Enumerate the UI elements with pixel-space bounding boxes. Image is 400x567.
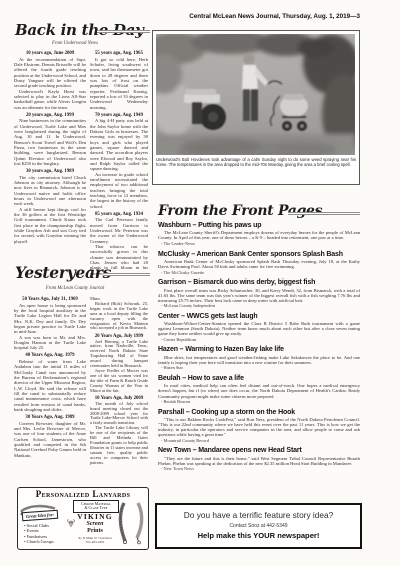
ad-bullet-list: • Social Clubs • Events • Fundraisers • … bbox=[24, 523, 54, 545]
back-in-the-day-column-1: 10 years ago, June 2009 At the recommend… bbox=[14, 51, 86, 244]
weed-spraying-photo bbox=[156, 34, 355, 155]
front-pages-item: Parshall – Cooking up a storm on the Hoo… bbox=[158, 409, 360, 443]
paragraph: It got so cold here, Herb Schafer, livin… bbox=[90, 57, 148, 110]
ad-title: Personalized Lanyards bbox=[20, 490, 146, 499]
item-source: - McLean County Independent bbox=[161, 303, 360, 308]
ad-phone: 701-463-2201 bbox=[70, 541, 120, 545]
paragraph: Nine businesses in the communities of Un… bbox=[14, 118, 86, 166]
era-heading: 30 years ago, Aug. 1989 bbox=[14, 169, 86, 174]
item-headline: McClusky – American Bank Center sponsors… bbox=[158, 251, 360, 258]
paragraph: The Turtle Lake Library will be one of t… bbox=[90, 426, 148, 465]
paragraph: Joel Heering, a Turtle Lake native, from… bbox=[90, 340, 148, 369]
paragraph: The month of July school board meeting c… bbox=[90, 402, 148, 427]
ad-badge: Choose Material & Clasp Type bbox=[73, 500, 119, 513]
ad-body: Great Idea for: • Social Clubs • Events … bbox=[20, 499, 146, 546]
paragraph: Richard (Rick) Schwark, 25, began work i… bbox=[90, 302, 148, 331]
ad-badge-line: & Clasp Type bbox=[74, 506, 118, 510]
paragraph: A son was born to Mr. and Mrs. Douglas H… bbox=[14, 335, 86, 351]
paragraph: A stiff breeze kept things cool for the … bbox=[14, 207, 86, 244]
front-pages-item: Hazen – Warming to Hazen Bay lake life B… bbox=[158, 346, 360, 370]
yesteryears-subtitle: From McLean County Journal bbox=[25, 286, 125, 291]
item-source: - The McClusky Gazette bbox=[161, 270, 360, 275]
paragraph: A big 4-H party was held at the John Say… bbox=[90, 118, 148, 171]
ad-brand-name: VIKING bbox=[73, 513, 117, 521]
paragraph: Joyce Fiedler of Mercer was one of the s… bbox=[90, 369, 148, 394]
item-body: First place overall team was Ricky Schum… bbox=[158, 288, 360, 303]
item-headline: Washburn – Putting his paws up bbox=[158, 222, 360, 229]
story-box-slogan: Help make this YOUR newspaper! bbox=[157, 531, 360, 540]
newspaper-page: Central McLean News Journal, Thursday, A… bbox=[0, 0, 400, 567]
ad-address-block: 91 N Main St • Garrison 701-463-2201 bbox=[70, 537, 120, 545]
section-rule bbox=[103, 273, 150, 276]
photo-frame: Underwood's Bob Hovdenes took advantage … bbox=[152, 30, 360, 185]
paragraph: Release of water from Lake Audubon into … bbox=[14, 359, 86, 412]
item-source: - Beulah Beacon bbox=[161, 399, 360, 404]
story-box-question: Do you have a terrific feature story ide… bbox=[157, 510, 360, 520]
paragraph: The city commission hired Chuck Johnson … bbox=[14, 175, 86, 207]
paragraph: An open house is being sponsored by the … bbox=[14, 303, 86, 335]
paragraph: Underwood's Kayla Horst was selected to … bbox=[14, 89, 86, 110]
item-body: "This is our Bakken Rocks CookFest," sai… bbox=[158, 417, 360, 437]
front-pages-item: Center – WWCS gets last laugh Washburn-W… bbox=[158, 313, 360, 342]
era-heading: 70 years ago, Aug. 1949 bbox=[90, 113, 148, 118]
item-source: - Mountrail County Record bbox=[161, 438, 360, 443]
paragraph: Correen Brewster, daughter of Mr. and Mr… bbox=[14, 421, 86, 458]
front-pages-item: Washburn – Putting his paws up The McLea… bbox=[158, 222, 360, 246]
front-pages-item: Beulah – How to save a life In rural cit… bbox=[158, 375, 360, 404]
item-headline: Garrison – Bismarck duo wins derby, bigg… bbox=[158, 279, 360, 286]
section-rule bbox=[97, 30, 150, 33]
lanyard-ad: Personalized Lanyards Great Idea for: • … bbox=[17, 487, 149, 550]
item-source: - Hazen Star bbox=[161, 365, 360, 370]
item-body: In rural cities, medical help can often … bbox=[158, 383, 360, 398]
item-headline: Beulah – How to save a life bbox=[158, 375, 360, 382]
era-heading: 20 years ago, Aug. 1999 bbox=[14, 113, 86, 118]
item-headline: Hazen – Warming to Hazen Bay lake life bbox=[158, 346, 360, 353]
era-heading: 55 years ago, Aug. 1965 bbox=[90, 51, 148, 56]
front-pages-item: Garrison – Bismarck duo wins derby, bigg… bbox=[158, 279, 360, 308]
yesteryears-column-1: 50 Years Ago, July 31, 1969 An open hous… bbox=[14, 297, 86, 458]
story-box-contact: Contact Sooz at 442-5349 bbox=[157, 523, 360, 529]
back-in-the-day-subtitle: From Underwood News bbox=[25, 41, 125, 46]
item-body: Washburn-Wilton-Center-Stanton opened th… bbox=[158, 321, 360, 336]
front-pages-item: New Town – Mandaree opens new Head Start… bbox=[158, 447, 360, 471]
ad-bullet: • Church Groups bbox=[24, 539, 54, 544]
section-rule bbox=[288, 212, 360, 215]
item-body: Blue skies, hot temperatures and good we… bbox=[158, 355, 360, 365]
back-in-the-day-column-2: 55 years ago, Aug. 1965 It got so cold h… bbox=[90, 51, 148, 276]
era-heading: 40 Years Ago, Aug. 1979 bbox=[14, 353, 86, 358]
ad-brand-block: VIKING Screen Prints bbox=[73, 513, 117, 534]
ad-ribbon: Great Idea for: bbox=[22, 510, 59, 521]
ad-brand-line: Prints bbox=[73, 528, 117, 535]
front-pages-title: From the Front Pages bbox=[158, 203, 322, 219]
photo-caption: Underwood's Bob Hovdenes took advantage … bbox=[156, 157, 356, 167]
item-source: - The Leader-News bbox=[161, 241, 360, 246]
paragraph: At the recommendation of Supt. Dale Ekst… bbox=[14, 57, 86, 89]
lanyards-illustration bbox=[116, 501, 146, 545]
paragraph: An increase in grade school enrollment n… bbox=[90, 172, 148, 209]
item-body: American Bank Center of McClusky sponsor… bbox=[158, 259, 360, 269]
front-pages-list: Washburn – Putting his paws up The McLea… bbox=[158, 222, 360, 476]
item-body: The McLean County Sheriff's Department e… bbox=[158, 230, 360, 240]
paragraph: The Carl Peterson family moved from Garr… bbox=[90, 217, 148, 244]
item-headline: Center – WWCS gets last laugh bbox=[158, 313, 360, 320]
era-heading: 50 Years Ago, July 31, 1969 bbox=[14, 297, 86, 302]
era-heading: 10 years ago, June 2009 bbox=[14, 51, 86, 56]
yesteryears-column-2: Minn. Richard (Rick) Schwark, 25, began … bbox=[90, 297, 148, 465]
item-body: "They are the future and this is their h… bbox=[158, 456, 360, 466]
feature-story-box: Do you have a terrific feature story ide… bbox=[155, 503, 362, 549]
item-source: - Center Republican bbox=[161, 337, 360, 342]
yesteryears-title: Yesteryears bbox=[15, 263, 111, 282]
item-headline: Parshall – Cooking up a storm on the Hoo… bbox=[158, 409, 360, 416]
era-heading: 85 years ago, Aug. 1934 bbox=[90, 212, 148, 217]
item-source: - New Town News bbox=[161, 466, 360, 471]
era-heading: 30 Years Ago, Aug. 1989 bbox=[14, 415, 86, 420]
folio-line: Central McLean News Journal, Thursday, A… bbox=[120, 13, 360, 20]
item-headline: New Town – Mandaree opens new Head Start bbox=[158, 447, 360, 454]
front-pages-item: McClusky – American Bank Center sponsors… bbox=[158, 251, 360, 275]
